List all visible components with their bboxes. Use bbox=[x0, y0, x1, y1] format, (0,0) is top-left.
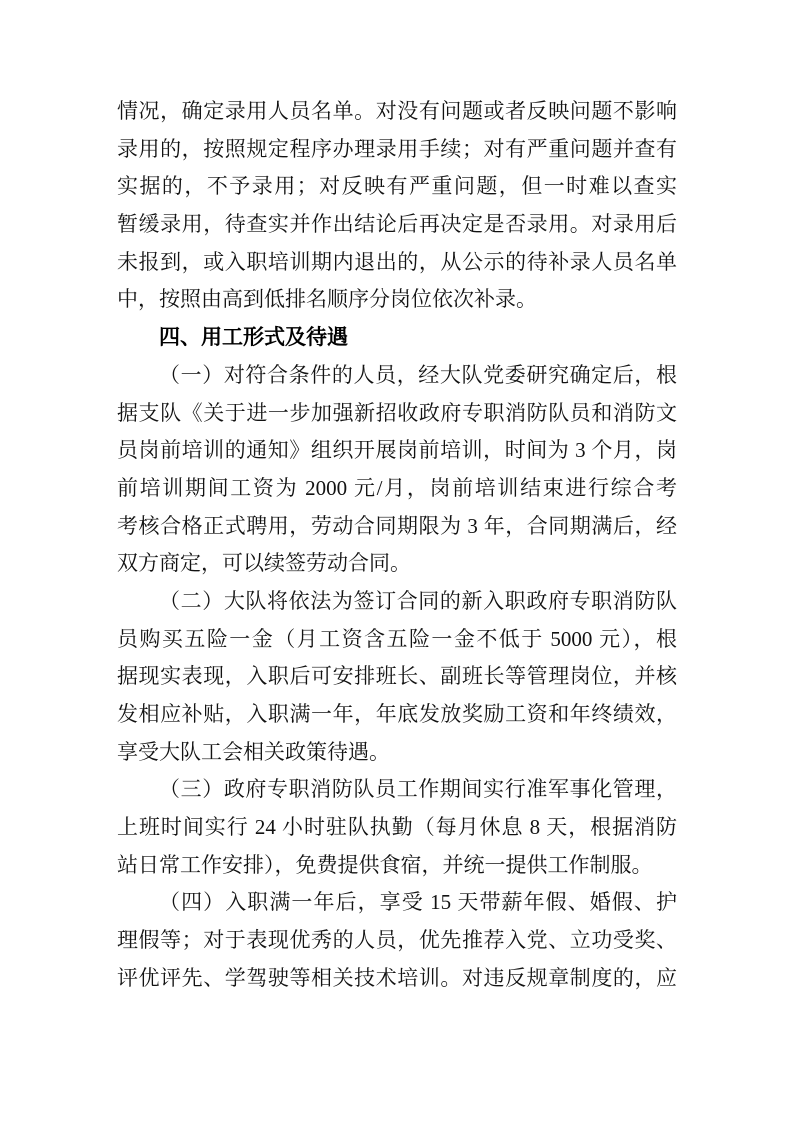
text-line: 享受大队工会相关政策待遇。 bbox=[117, 734, 677, 772]
text-line: 双方商定，可以续签劳动合同。 bbox=[117, 545, 677, 583]
document-page: 情况，确定录用人员名单。对没有问题或者反映问题不影响 录用的，按照规定程序办理录… bbox=[0, 0, 793, 1122]
text-line: 实据的，不予录用；对反映有严重问题，但一时难以查实的， bbox=[117, 168, 677, 206]
text-line: 站日常工作安排），免费提供食宿，并统一提供工作制服。 bbox=[117, 847, 677, 885]
text-line: 暂缓录用，待查实并作出结论后再决定是否录用。对录用后 bbox=[117, 206, 677, 244]
text-line: 前培训期间工资为 2000 元/月，岗前培训结束进行综合考核， bbox=[117, 470, 677, 508]
text-line: （二）大队将依法为签订合同的新入职政府专职消防队 bbox=[117, 583, 677, 621]
text-line: 情况，确定录用人员名单。对没有问题或者反映问题不影响 bbox=[117, 93, 677, 131]
text-line: 据支队《关于进一步加强新招收政府专职消防队员和消防文 bbox=[117, 395, 677, 433]
text-line: 未报到，或入职培训期内退出的，从公示的待补录人员名单 bbox=[117, 244, 677, 282]
text-line: 录用的，按照规定程序办理录用手续；对有严重问题并查有 bbox=[117, 131, 677, 169]
text-line: 发相应补贴，入职满一年，年底发放奖励工资和年终绩效， bbox=[117, 696, 677, 734]
text-line: 考核合格正式聘用，劳动合同期限为 3 年，合同期满后，经 bbox=[117, 508, 677, 546]
text-line: （三）政府专职消防队员工作期间实行准军事化管理， bbox=[117, 771, 677, 809]
text-line: 员购买五险一金（月工资含五险一金不低于 5000 元），根 bbox=[117, 621, 677, 659]
text-line: 员岗前培训的通知》组织开展岗前培训，时间为 3 个月，岗 bbox=[117, 432, 677, 470]
text-line: （四）入职满一年后，享受 15 天带薪年假、婚假、护 bbox=[117, 884, 677, 922]
section-heading: 四、用工形式及待遇 bbox=[117, 319, 677, 357]
text-line: （一）对符合条件的人员，经大队党委研究确定后，根 bbox=[117, 357, 677, 395]
text-line: 理假等；对于表现优秀的人员，优先推荐入党、立功受奖、 bbox=[117, 922, 677, 960]
text-line: 评优评先、学驾驶等相关技术培训。对违反规章制度的，应 bbox=[117, 960, 677, 998]
text-block: 情况，确定录用人员名单。对没有问题或者反映问题不影响 录用的，按照规定程序办理录… bbox=[117, 93, 677, 998]
text-line: 上班时间实行 24 小时驻队执勤（每月休息 8 天，根据消防 bbox=[117, 809, 677, 847]
text-line: 据现实表现，入职后可安排班长、副班长等管理岗位，并核 bbox=[117, 658, 677, 696]
text-line: 中，按照由高到低排名顺序分岗位依次补录。 bbox=[117, 281, 677, 319]
